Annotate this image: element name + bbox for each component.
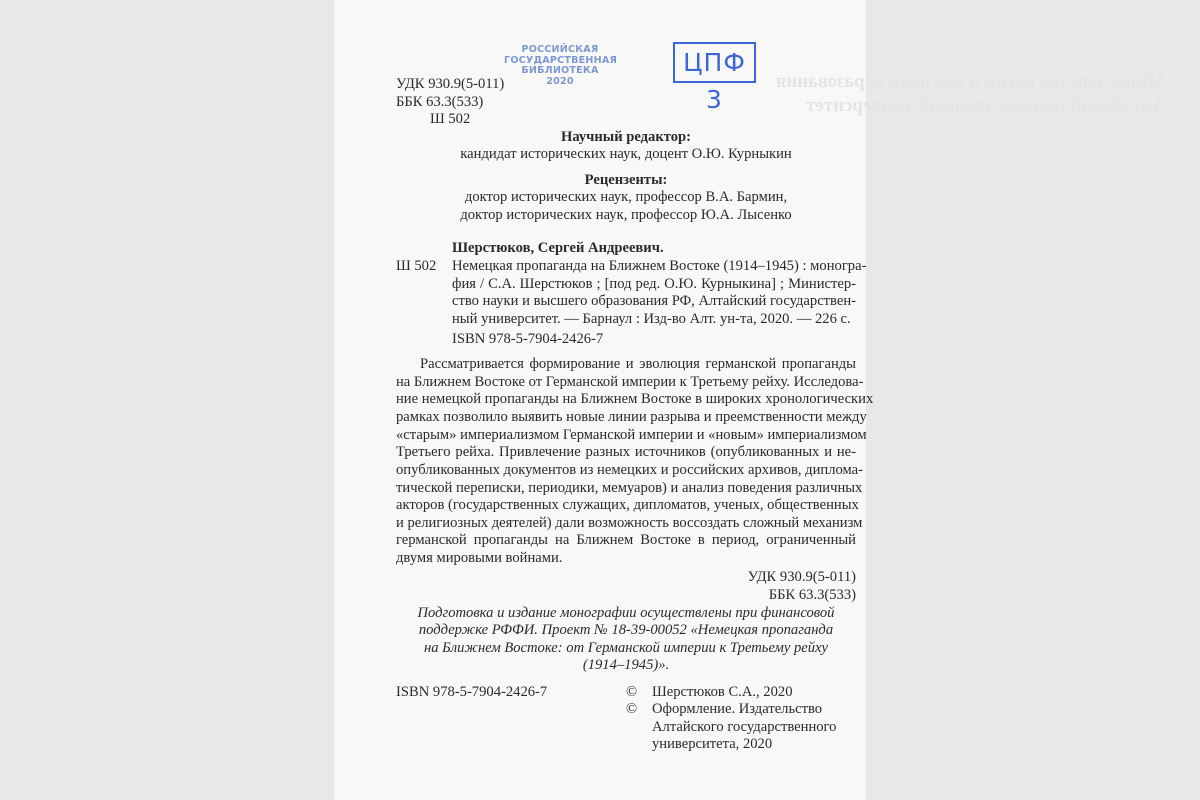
- stamp-line: БИБЛИОТЕКА: [504, 66, 616, 77]
- abstract-line: германской пропаганды на Ближнем Востоке…: [396, 532, 856, 549]
- funding-line: на Ближнем Востоке: от Германской импери…: [396, 640, 856, 657]
- abstract-udk: УДК 930.9(5-011): [748, 569, 856, 586]
- library-stamp: РОССИЙСКАЯ ГОСУДАРСТВЕННАЯ БИБЛИОТЕКА 20…: [504, 45, 616, 87]
- abstract-line: и религиозных деятелей) дали возможность…: [396, 515, 856, 532]
- editor-name: кандидат исторических наук, доцент О.Ю. …: [396, 146, 856, 163]
- catalog-line: Немецкая пропаганда на Ближнем Востоке (…: [452, 258, 856, 275]
- copyright-design-line: университета, 2020: [652, 736, 772, 753]
- reviewer-name: доктор исторических наук, профессор Ю.А.…: [396, 207, 856, 224]
- abstract-line: двумя мировыми войнами.: [396, 550, 562, 567]
- abstract-line: ние немецкой пропаганды на Ближнем Восто…: [396, 391, 856, 408]
- funding-line: (1914–1945)».: [396, 657, 856, 674]
- editor-heading: Научный редактор:: [396, 129, 856, 146]
- catalog-isbn: ISBN 978-5-7904-2426-7: [452, 331, 603, 348]
- code-stamp: ЦПФ 3: [673, 42, 756, 83]
- footer-isbn: ISBN 978-5-7904-2426-7: [396, 684, 547, 701]
- catalog-line: фия / С.А. Шерстюков ; [под ред. О.Ю. Ку…: [452, 276, 856, 293]
- abstract-bbk: ББК 63.3(533): [769, 587, 856, 604]
- abstract-line: тической переписки, периодики, мемуаров)…: [396, 480, 856, 497]
- abstract-line: «старым» империализмом Германской импери…: [396, 427, 856, 444]
- copyright-icon: ©: [626, 701, 637, 718]
- stamp-line: РОССИЙСКАЯ: [504, 45, 616, 56]
- abstract-line: акторов (государственных служащих, дипло…: [396, 497, 856, 514]
- funding-line: поддержке РФФИ. Проект № 18-39-00052 «Не…: [396, 622, 856, 639]
- reviewer-name: доктор исторических наук, профессор В.А.…: [396, 189, 856, 206]
- abstract-line: Третьего рейха. Привлечение разных источ…: [396, 444, 856, 461]
- abstract-line: Рассматривается формирование и эволюция …: [420, 356, 856, 373]
- reviewers-heading: Рецензенты:: [396, 172, 856, 189]
- abstract-line: рамках позволило выявить новые линии раз…: [396, 409, 856, 426]
- bleed-through-line: Алтайский государственный университет: [806, 94, 1166, 118]
- copyright-design-line: Оформление. Издательство: [652, 701, 822, 718]
- author-mark: Ш 502: [430, 111, 470, 128]
- funding-line: Подготовка и издание монографии осуществ…: [396, 605, 856, 622]
- catalog-author: Шерстюков, Сергей Андреевич.: [452, 240, 664, 257]
- bleed-through-line: Министерство науки и высшего образования: [776, 70, 1165, 94]
- copyright-author: Шерстюков С.А., 2020: [652, 684, 793, 701]
- copyright-icon: ©: [626, 684, 637, 701]
- catalog-line: ство науки и высшего образования РФ, Алт…: [452, 293, 856, 310]
- abstract-line: опубликованных документов из немецких и …: [396, 462, 856, 479]
- abstract-line: на Ближнем Востоке от Германской империи…: [396, 374, 856, 391]
- copyright-design-line: Алтайского государственного: [652, 719, 836, 736]
- udk-code: УДК 930.9(5-011): [396, 76, 504, 93]
- catalog-mark: Ш 502: [396, 258, 436, 275]
- catalog-line: ный университет. — Барнаул : Изд-во Алт.…: [452, 311, 851, 328]
- stamp-line: 2020: [504, 77, 616, 88]
- bbk-code: ББК 63.3(533): [396, 94, 483, 111]
